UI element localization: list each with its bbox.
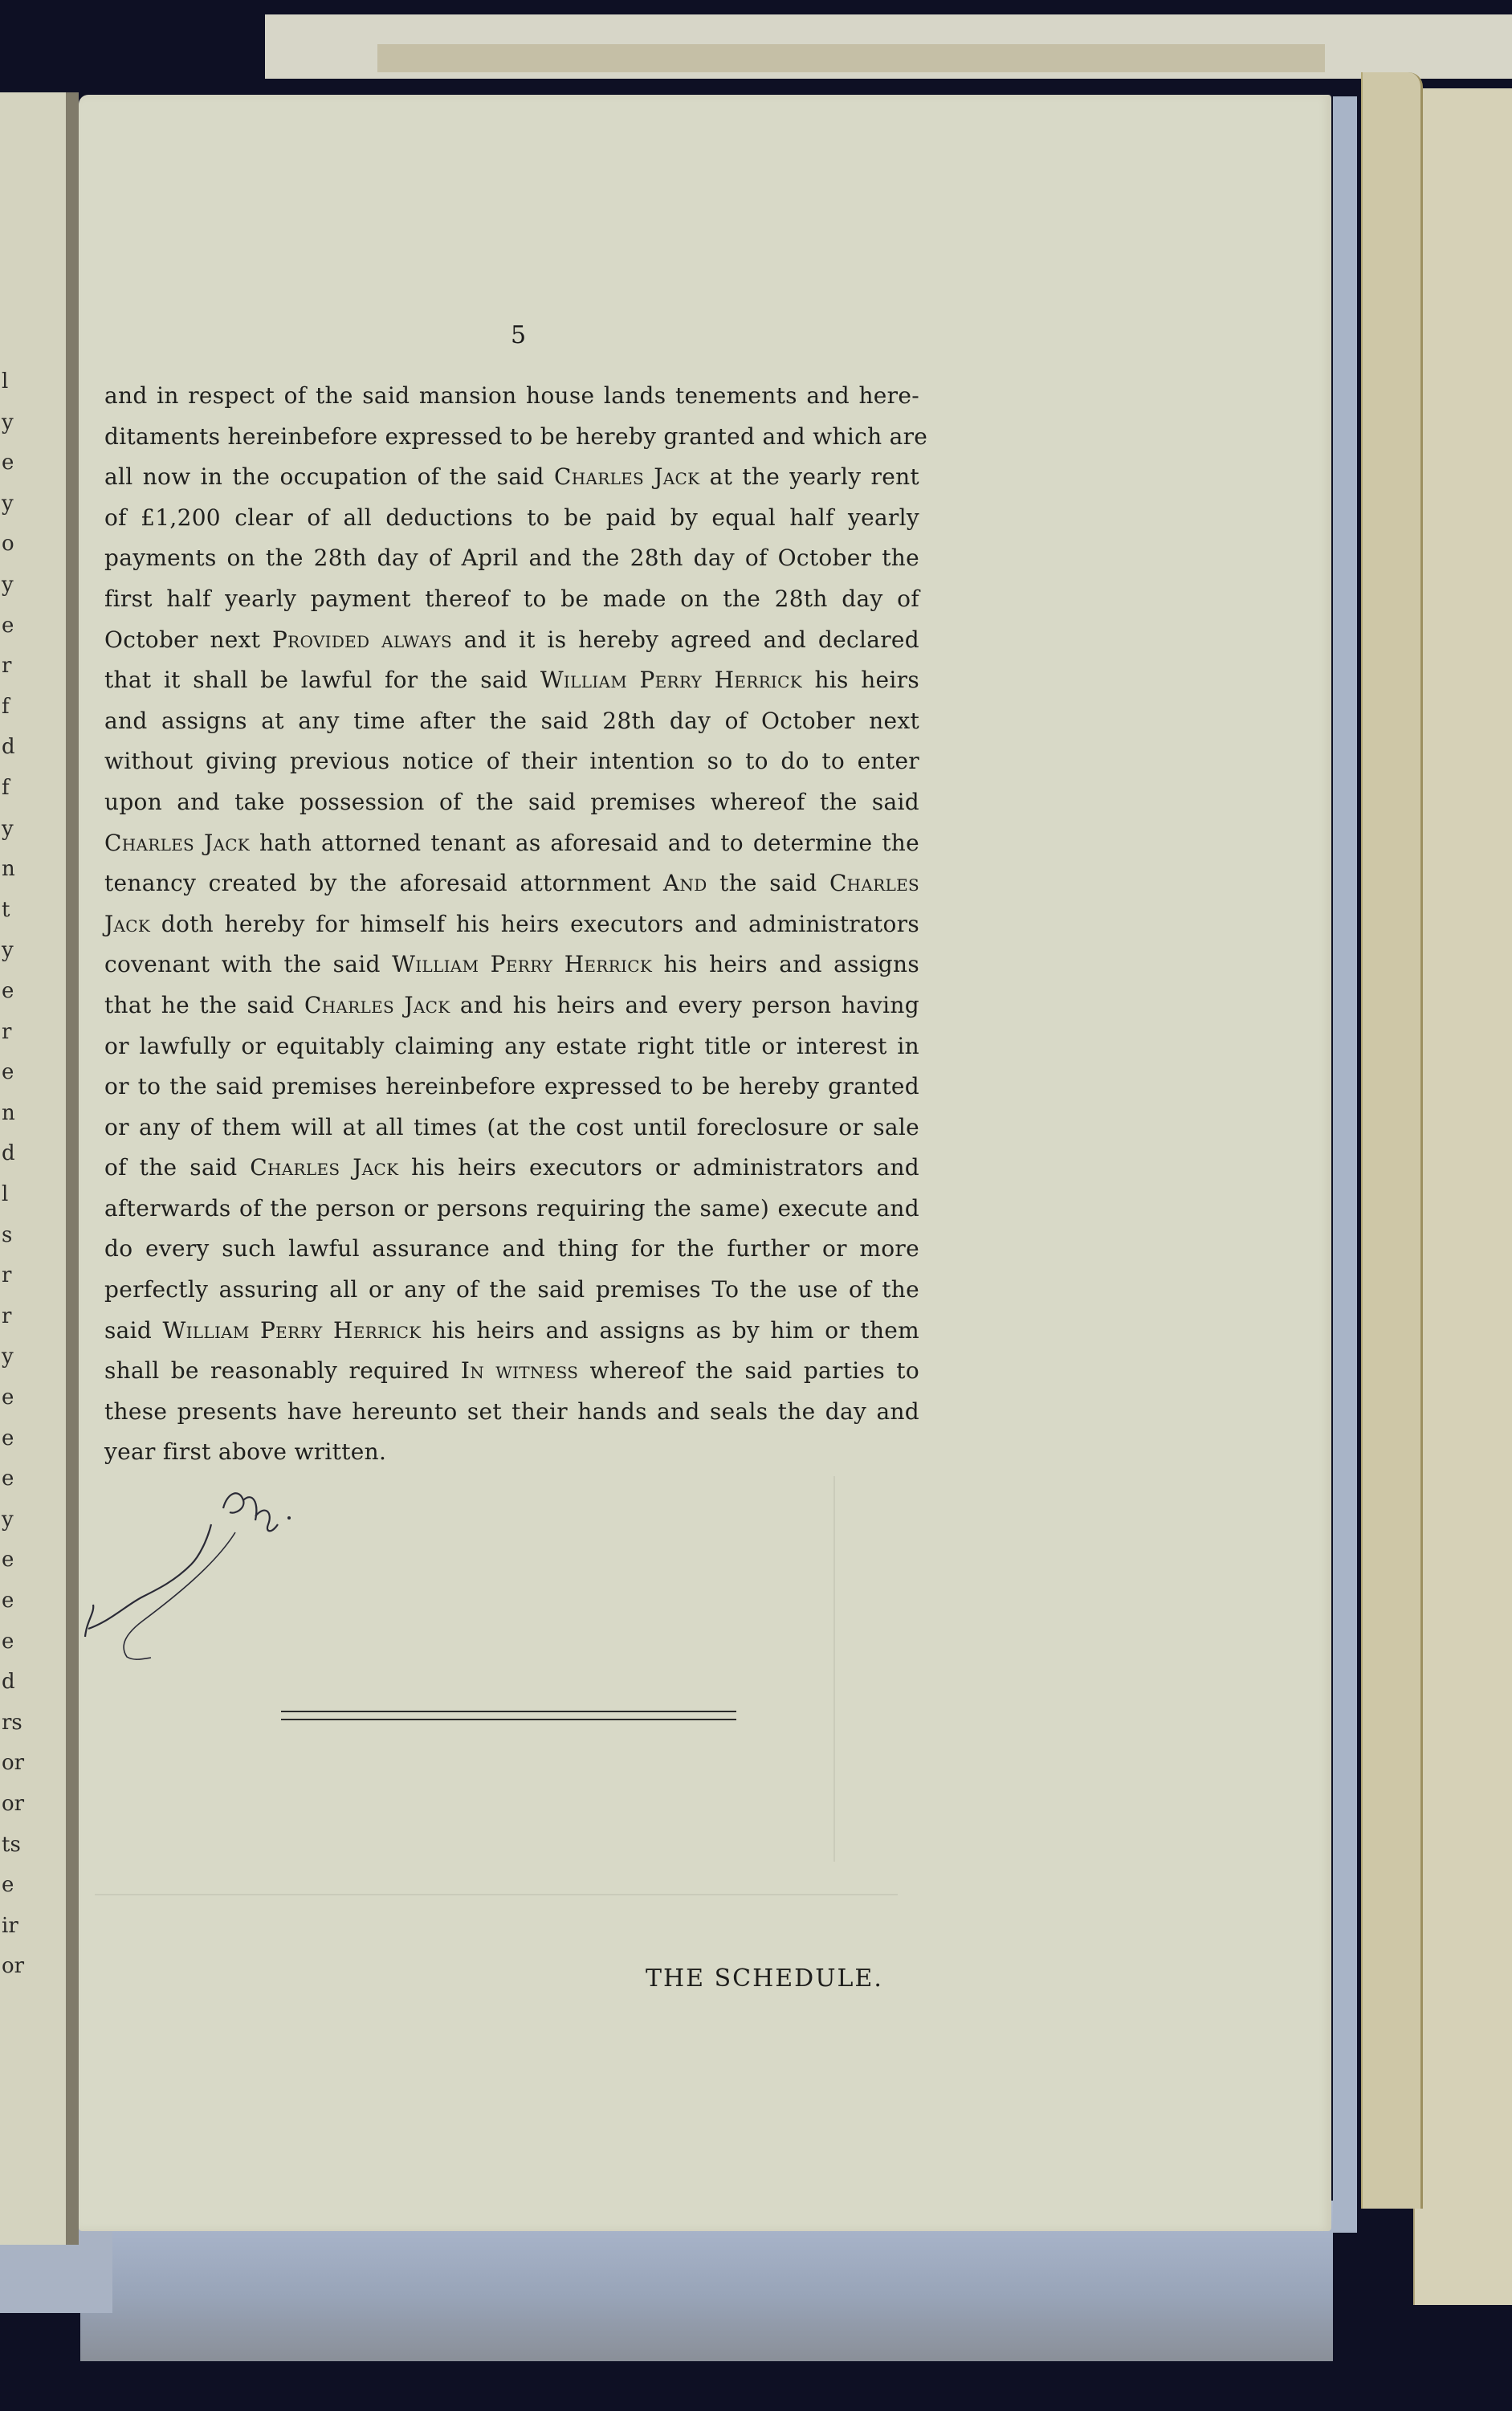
text-line: perfectly assuring all or any of the sai…	[104, 1270, 919, 1311]
text-run: and his heirs and every person having	[450, 992, 919, 1018]
text-line: these presents have hereunto set their h…	[104, 1392, 919, 1433]
text-run: said	[104, 1317, 163, 1344]
previous-page-letter: y	[2, 1344, 14, 1369]
previous-page-letter: r	[2, 654, 11, 678]
blue-backing-strip	[1333, 96, 1357, 2233]
previous-page-letter: e	[2, 1548, 14, 1572]
text-run: first half yearly payment thereof to be …	[104, 585, 919, 612]
text-line: or any of them will at all times (at the…	[104, 1108, 919, 1148]
text-line: and in respect of the said mansion house…	[104, 376, 919, 417]
show-through-table-line	[95, 1894, 898, 1895]
small-caps-name: Charles Jack	[554, 463, 699, 490]
text-run: perfectly assuring all or any of the sai…	[104, 1276, 919, 1303]
text-line: tenancy created by the aforesaid attornm…	[104, 863, 919, 904]
text-run: of £1,200 clear of all deductions to be …	[104, 504, 919, 531]
book-gutter	[66, 92, 79, 2245]
text-run: his heirs executors or administrators an…	[398, 1154, 919, 1181]
handwritten-examined-annotation: Examined RPH.	[79, 1476, 320, 1661]
small-caps-name: Charles Jack	[304, 992, 450, 1018]
previous-page-letter: ir	[2, 1914, 18, 1938]
small-caps-name: Charles Jack	[250, 1154, 398, 1181]
previous-page-letter: l	[2, 369, 8, 394]
text-run: ditaments hereinbefore expressed to be h…	[104, 423, 927, 450]
text-run: upon and take possession of the said pre…	[104, 789, 919, 815]
text-line: upon and take possession of the said pre…	[104, 782, 919, 823]
show-through-table-line	[833, 1476, 835, 1862]
text-run: and in respect of the said mansion house…	[104, 382, 919, 409]
double-rule-divider	[281, 1711, 736, 1720]
schedule-heading: THE SCHEDULE.	[646, 1964, 883, 1993]
document-page: 5 and in respect of the said mansion hou…	[79, 95, 1331, 2231]
previous-page-letter: d	[2, 1141, 15, 1165]
text-run: October next	[104, 626, 272, 653]
previous-page-edge: lyeyoyerfdfyntyerendlsrryeeeyeeedrsorort…	[0, 92, 66, 2245]
previous-page-letter: e	[2, 451, 14, 475]
text-run: tenancy created by the aforesaid attornm…	[104, 870, 663, 896]
page-number: 5	[511, 321, 526, 349]
text-run: covenant with the said	[104, 951, 392, 977]
small-caps-name: Charles Jack	[104, 830, 250, 856]
previous-page-letter: or	[2, 1751, 24, 1775]
previous-page-letter: r	[2, 1263, 11, 1287]
text-run: that it shall be lawful for the said	[104, 667, 540, 693]
text-line: covenant with the said William Perry Her…	[104, 944, 919, 985]
text-run: year first above written.	[104, 1438, 386, 1465]
background-sheet-edge	[377, 44, 1325, 72]
deed-body-text: and in respect of the said mansion house…	[104, 376, 919, 1473]
previous-page-letter: o	[2, 532, 14, 556]
text-run: do every such lawful assurance and thing…	[104, 1235, 919, 1262]
text-run: payments on the 28th day of April and th…	[104, 545, 919, 571]
previous-page-letter: d	[2, 1670, 15, 1694]
previous-page-letter: r	[2, 1304, 11, 1328]
previous-page-letter: r	[2, 1020, 11, 1044]
text-line: first half yearly payment thereof to be …	[104, 579, 919, 620]
text-run: these presents have hereunto set their h…	[104, 1398, 919, 1425]
text-run: all now in the occupation of the said	[104, 463, 554, 490]
text-run: whereof the said parties to	[578, 1357, 919, 1384]
text-run: hath attorned tenant as aforesaid and to…	[250, 830, 919, 856]
previous-page-letter: ts	[2, 1833, 21, 1857]
text-line: Jack doth hereby for himself his heirs e…	[104, 904, 919, 945]
previous-page-letter: y	[2, 410, 14, 434]
text-line: of the said Charles Jack his heirs execu…	[104, 1148, 919, 1189]
text-run: his heirs and assigns as by him or them	[421, 1317, 919, 1344]
previous-page-letter: l	[2, 1182, 8, 1206]
text-line: or to the said premises hereinbefore exp…	[104, 1067, 919, 1108]
text-line: all now in the occupation of the said Ch…	[104, 457, 919, 498]
previous-page-letter: or	[2, 1792, 24, 1816]
previous-page-letter: e	[2, 1630, 14, 1654]
text-run: of the said	[104, 1154, 250, 1181]
text-run: and assigns at any time after the said 2…	[104, 708, 919, 734]
small-caps-name: Charles	[829, 870, 919, 896]
text-line: said William Perry Herrick his heirs and…	[104, 1311, 919, 1352]
previous-page-letter: t	[2, 898, 10, 922]
previous-page-letter: y	[2, 492, 14, 516]
previous-page-letter: e	[2, 1873, 14, 1897]
previous-page-letter: e	[2, 1385, 14, 1409]
text-line: year first above written.	[104, 1432, 919, 1473]
previous-page-letter: e	[2, 979, 14, 1003]
previous-page-letter: d	[2, 735, 15, 759]
text-run: doth hereby for himself his heirs execut…	[150, 911, 919, 937]
text-run: or to the said premises hereinbefore exp…	[104, 1073, 919, 1099]
small-caps-name: William Perry Herrick	[163, 1317, 422, 1344]
text-line: afterwards of the person or persons requ…	[104, 1189, 919, 1230]
text-line: ditaments hereinbefore expressed to be h…	[104, 417, 919, 458]
previous-page-letter: f	[2, 776, 10, 800]
text-line: that he the said Charles Jack and his he…	[104, 985, 919, 1026]
text-run: or any of them will at all times (at the…	[104, 1114, 919, 1140]
text-run: that he the said	[104, 992, 304, 1018]
text-line: of £1,200 clear of all deductions to be …	[104, 498, 919, 539]
text-run: shall be reasonably required	[104, 1357, 461, 1384]
folded-page-edge	[1361, 72, 1423, 2209]
text-line: do every such lawful assurance and thing…	[104, 1229, 919, 1270]
text-line: payments on the 28th day of April and th…	[104, 538, 919, 579]
previous-page-letter: e	[2, 1060, 14, 1084]
text-run: and it is hereby agreed and declared	[452, 626, 919, 653]
previous-page-letter: y	[2, 817, 14, 841]
small-caps-name: And	[663, 870, 707, 896]
previous-page-letter: y	[2, 573, 14, 597]
text-line: shall be reasonably required In witness …	[104, 1351, 919, 1392]
background-sheet-right	[1413, 88, 1512, 2305]
previous-page-letter: e	[2, 1589, 14, 1613]
text-line: without giving previous notice of their …	[104, 741, 919, 782]
text-run: his heirs and assigns	[652, 951, 919, 977]
small-caps-name: Provided always	[272, 626, 452, 653]
text-line: or lawfully or equitably claiming any es…	[104, 1026, 919, 1067]
text-line: October next Provided always and it is h…	[104, 620, 919, 661]
previous-page-letter: s	[2, 1223, 12, 1247]
text-run: the said	[707, 870, 829, 896]
previous-page-letter: rs	[2, 1711, 22, 1735]
small-caps-name: In witness	[461, 1357, 578, 1384]
small-caps-name: William Perry Herrick	[540, 667, 802, 693]
previous-page-letter: n	[2, 1101, 15, 1125]
previous-page-letter: n	[2, 857, 15, 881]
small-caps-name: Jack	[104, 911, 150, 937]
text-run: without giving previous notice of their …	[104, 748, 919, 774]
text-line: Charles Jack hath attorned tenant as afo…	[104, 823, 919, 864]
previous-page-letter: or	[2, 1954, 24, 1978]
small-caps-name: William Perry Herrick	[392, 951, 652, 977]
text-line: and assigns at any time after the said 2…	[104, 701, 919, 742]
text-run: at the yearly rent	[699, 463, 919, 490]
text-line: that it shall be lawful for the said Wil…	[104, 660, 919, 701]
previous-page-letter: y	[2, 1507, 14, 1532]
text-run: afterwards of the person or persons requ…	[104, 1195, 919, 1222]
previous-page-letter: e	[2, 1467, 14, 1491]
text-run: his heirs	[802, 667, 919, 693]
previous-page-letter: e	[2, 614, 14, 638]
previous-page-letter: f	[2, 695, 10, 719]
previous-page-letter: y	[2, 938, 14, 962]
text-run: or lawfully or equitably claiming any es…	[104, 1033, 919, 1059]
previous-page-letter: e	[2, 1426, 14, 1450]
